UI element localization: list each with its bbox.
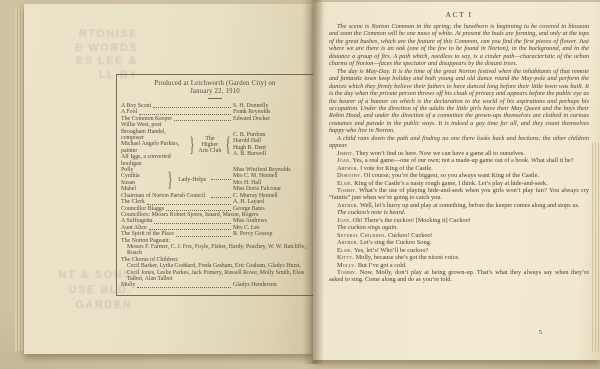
dialogue-line: Kitty. Molly, because she’s got the nice… [329, 254, 589, 261]
speaker-name: Arthur. [337, 239, 359, 246]
showthrough-text-bottom: NT & SONS USE BLD. GARDEN [30, 268, 132, 313]
leader-dots [153, 107, 231, 108]
dialogue-text: They won’t find us here. Now we can have… [356, 150, 525, 157]
leader-dots [154, 223, 231, 224]
leader-dots [176, 236, 231, 237]
dialogue-line: Elsie. King of the Castle’s a nasty roug… [329, 180, 589, 187]
left-page-edge-lines [15, 7, 24, 351]
act-text-column: ACT I The scene is Norton Common in the … [329, 10, 589, 284]
actor-name: Gladys Henderson [233, 282, 309, 288]
actor-name: Edward Docker [233, 116, 309, 122]
leader-dots [149, 229, 231, 230]
dialogue-text: Oh! There’s the cuckoo! [Mocking it] Cuc… [353, 217, 471, 224]
showthrough-line: E WORDS [50, 42, 138, 56]
gutter-shadow [302, 0, 324, 364]
dialogue-text: King of the Castle’s a nasty rough game,… [354, 180, 547, 187]
speaker-name: Kitty. [337, 254, 354, 261]
leader-dots [147, 204, 231, 205]
leader-dots [137, 287, 231, 288]
stage-direction: The cuckoo’s note is heard. [329, 209, 589, 216]
role-label: The Spirit of the Place [121, 231, 174, 237]
group-roles: Polly Cynthia Susan Mabel [121, 167, 165, 193]
dialogue-text: Cuckoo! Cuckoo! [388, 232, 433, 239]
header-rule [208, 98, 222, 99]
brace-glyph: } [168, 169, 173, 190]
showthrough-line: USE BLD. [30, 283, 132, 298]
role-label: Brougham Handel, composer [121, 129, 187, 142]
showthrough-line: GARDEN [30, 298, 132, 313]
role-label: Alf Iggs, a converted hooligan [121, 154, 187, 167]
cast-row: Molly Gladys Henderson [121, 282, 309, 288]
cast-header: Produced at Letchworth (Garden City) on … [121, 80, 309, 99]
cast-box: Produced at Letchworth (Garden City) on … [116, 74, 314, 296]
leader-dots [139, 114, 231, 115]
date-line: January 22, 1910 [121, 88, 309, 96]
speaker-name: Joan. [337, 157, 351, 164]
page-number: 5 [539, 329, 542, 336]
dialogue-line: Dorothy. Of course; you’re the biggest, … [329, 172, 589, 179]
dialogue-text: Now, Molly, don’t play at being grown-up… [329, 269, 589, 283]
dialogue-line: Joan. Yes, a real game—one of our own; n… [329, 157, 589, 164]
dialogue-line: Tommy. Now, Molly, don’t play at being g… [329, 269, 589, 284]
dialogue-text: Molly, because she’s got the nicest voic… [356, 254, 460, 261]
speaker-name: Tommy. [337, 187, 357, 194]
dialogue-line: Arthur. I vote for King of the Castle. [329, 165, 589, 172]
role-label: Michael Angelo Purkiss, painter [121, 141, 187, 154]
dialogue-text: Well, let’s hurry up and play at somethi… [360, 202, 579, 209]
speaker-name: Jimmy. [337, 150, 354, 157]
pageant-names: Messrs F. Farmer, C. J. Fox, Foyle, Fish… [121, 244, 309, 257]
group-actors: Miss Winifred Reynolds Mrs C. M. Hennell… [233, 167, 309, 193]
leader-dots [211, 179, 231, 180]
speaker-name: Elsie. [337, 180, 353, 187]
group-higher-arts-club: Willie West, poet Brougham Handel, compo… [121, 122, 309, 167]
dialogue-line: Arthur. Let’s sing the Cuckoo Song. [329, 239, 589, 246]
right-page: ACT I The scene is Norton Common in the … [313, 2, 600, 360]
role-label: Councillor Blaggs [121, 206, 164, 212]
dialogue-text: Yes, a real game—one of our own; not a m… [353, 157, 574, 164]
speaker-name: Several Children. [337, 232, 386, 239]
leader-dots [166, 210, 231, 211]
produced-at-line: Produced at Letchworth (Garden City) on [121, 80, 309, 88]
scene-description: The day is May-Day. It is the time of th… [329, 68, 589, 135]
dialogue-text: I vote for King of the Castle. [360, 165, 433, 172]
speaker-name: Joan. [337, 217, 351, 224]
dialogue-line: Arthur. Well, let’s hurry up and play at… [329, 202, 589, 209]
chorus-names: Cecil Barker, Lydia Goddard, Freda Graha… [121, 263, 309, 282]
dialogue-text: But I’ve got a cold. [358, 262, 407, 269]
group-lady-helps: Polly Cynthia Susan Mabel } Lady-Helps M… [121, 167, 309, 193]
brace-glyph: } [189, 134, 194, 155]
showthrough-line: ES LEE & [50, 55, 138, 69]
dialogue-line: Joan. Oh! There’s the cuckoo! [Mocking i… [329, 217, 589, 224]
group-label: The Higher Arts Club [197, 136, 223, 154]
scene-description: The scene is Norton Common in the spring… [329, 23, 589, 68]
dialogue-text: Let’s sing the Cuckoo Song. [360, 239, 431, 246]
group-actors: C. B. Purdom Harold Hall Hugh R. Dent A.… [233, 132, 309, 158]
speaker-name: Molly. [337, 262, 356, 269]
speaker-name: Elsie. [337, 247, 353, 254]
dialogue-line: Jimmy. They won’t find us here. Now we c… [329, 150, 589, 157]
speaker-name: Tommy. [337, 269, 357, 276]
speaker-name: Arthur. [337, 202, 359, 209]
dialogue-line: Molly. But I’ve got a cold. [329, 262, 589, 269]
showthrough-line: RTONISE [50, 28, 138, 42]
actor-name: R. Percy Gossop [233, 231, 309, 237]
leader-dots [174, 120, 231, 121]
brace-glyph: { [225, 134, 230, 155]
showthrough-line: NT & SONS [30, 268, 132, 283]
right-page-edge-lines [590, 142, 600, 352]
stage-direction: The cuckoo sings again. [329, 224, 589, 231]
dialogue-line: Elsie. Yes, let’s! Who’ll be cuckoo? [329, 247, 589, 254]
speaker-name: Arthur. [337, 165, 359, 172]
actor-name: A. B. Burwell [233, 151, 309, 157]
dialogue-line: Several Children. Cuckoo! Cuckoo! [329, 232, 589, 239]
dialogue-text: Yes, let’s! Who’ll be cuckoo? [354, 247, 428, 254]
speaker-name: Dorothy. [337, 172, 362, 179]
left-page: RTONISE E WORDS ES LEE & LL BY Produced … [24, 4, 313, 354]
dialogue-line: Tommy. What’s the use of playing hide-an… [329, 187, 589, 202]
group-roles: Willie West, poet Brougham Handel, compo… [121, 122, 187, 167]
dialogue-text: Of course; you’re the biggest, so you al… [364, 172, 539, 179]
group-label: Lady-Helps [175, 177, 209, 183]
dialogue-text: What’s the use of playing hide-and-seek … [329, 187, 589, 201]
book-spread: RTONISE E WORDS ES LEE & LL BY Produced … [0, 0, 600, 369]
actor-name: George Bates [233, 206, 309, 212]
stage-direction: A child runs down the path and finding n… [329, 135, 589, 150]
leader-dots [211, 197, 231, 198]
act-title: ACT I [329, 10, 589, 19]
